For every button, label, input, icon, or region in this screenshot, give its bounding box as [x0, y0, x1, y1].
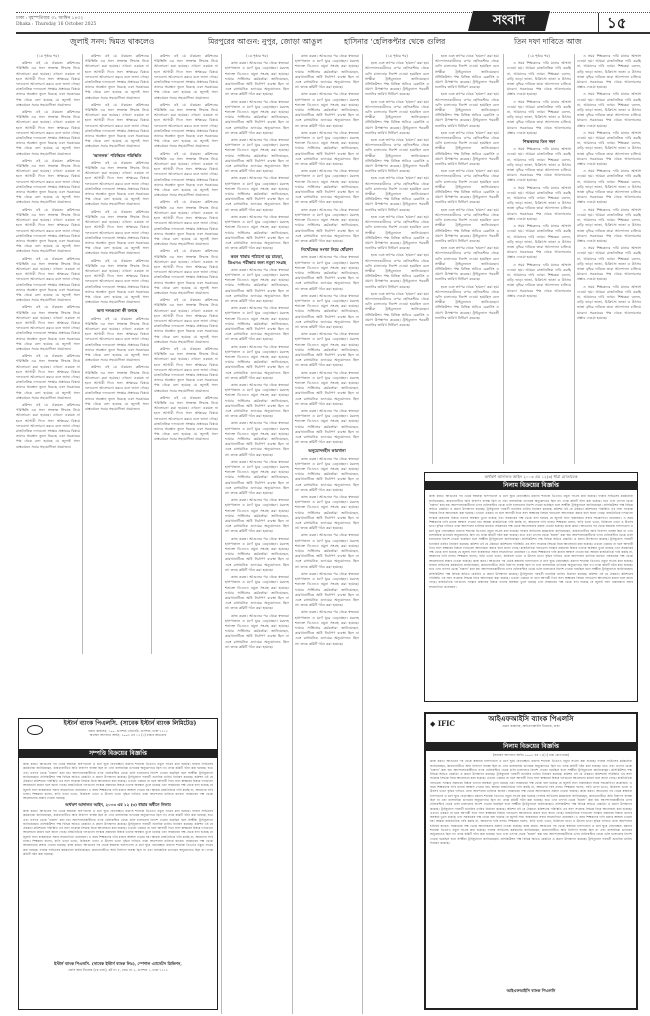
headline-july-charter[interactable]: জুলাই সনদ: দ্বিমত থাকলেও: [70, 37, 154, 49]
dateline: ঢাকা : বৃহস্পতিবার ৩১ আশ্বিন ১৪৩২ Dhaka …: [16, 16, 96, 28]
ific-title: নিলাম বিক্রয়ের বিজ্ঞপ্তি: [426, 742, 636, 751]
column-divider: [221, 54, 222, 1014]
subhead: শিক্ষকদের তিন দফা: [507, 139, 571, 144]
headline-hasina-helicopter[interactable]: হাসিনার ‘হেলিকপ্টার থেকে গুলির: [344, 37, 445, 49]
newspaper-logo: সংবাদ: [468, 11, 550, 31]
article-hasina-col1: (১ম পৃষ্ঠার পর) হতে এবং তৎপর থেকে ‘হামলা…: [365, 54, 429, 464]
headline-teachers-demand[interactable]: তিন দফা দাবিতে আজ: [514, 37, 582, 49]
article-mirpur-col1: (১ম পৃষ্ঠার পর) কাজ করত। আগুনের পর থেকে …: [225, 54, 289, 1014]
column-divider: [82, 54, 83, 654]
column-divider: [151, 54, 152, 654]
article-teachers-col1: (১ম পৃষ্ঠার পর) এ সময় শিক্ষকদের দাবি মা…: [507, 54, 571, 464]
subhead: অনুমোদনহীন কারখানা: [295, 448, 359, 453]
eastern-bank-title: সম্পত্তি বিক্রয়ের বিজ্ঞপ্তি: [19, 749, 217, 758]
article-hasina-col2: হতে এবং তৎপর থেকে ‘হামলা’ করা হয়। আন্দো…: [435, 54, 499, 464]
headline-mirpur-fire[interactable]: মিরপুরের আগুন: নুপুর, জোড়া আঙুল: [208, 37, 322, 49]
subhead: কমন খাবার পাঠানো হয় চামড়া, ডিএনএ পরীক্…: [225, 254, 289, 264]
page-number: ১৫: [598, 13, 626, 33]
article-mirpur-col2: কাজ করত। আগুনের পর থেকে স্বজনরা হাসপাতাল…: [295, 54, 359, 1014]
ific-logo: ◆ IFIC: [430, 722, 455, 726]
masthead: ঢাকা : বৃহস্পতিবার ৩১ আশ্বিন ১৪৩২ Dhaka …: [16, 12, 650, 34]
article-july-charter-col3: কমিশন এই যে ঐকমত্য কমিশনের পরিস্থিতি এর …: [154, 54, 218, 654]
subhead: নিখোঁজের সংখ্যা নিয়ে ধোঁয়াশা: [295, 247, 359, 252]
date-english: Dhaka : Thursday 16 October 2025: [16, 22, 96, 28]
headline-row: জুলাই সনদ: দ্বিমত থাকলেও মিরপুরের আগুন: …: [16, 37, 650, 51]
eastern-bank-ad: ইস্টার্ন ব্যাংক পিএলসি. (সাবেক ইস্টার্ন …: [18, 718, 218, 1010]
article-teachers-col2: এ সময় শিক্ষকদের দাবি মানার আশ্বাস দেওয়…: [577, 54, 641, 464]
column-divider: [362, 54, 363, 1014]
auction-notice-title: নিলাম বিক্রয়ের বিজ্ঞপ্তি: [425, 481, 637, 490]
ific-bank-ad: ◆ IFIC আইএফআইসি ব্যাংক পিএলসি প্রধান কার…: [424, 712, 638, 1010]
column-divider: [574, 54, 575, 464]
eastern-bank-logo-icon: [27, 725, 43, 735]
subhead: অন্য দলগুলো কী বলছে: [85, 308, 149, 313]
article-july-charter-col2: কমিশন এই যে ঐকমত্য কমিশনের পরিস্থিতি এর …: [85, 54, 149, 654]
column-divider: [292, 54, 293, 1014]
subhead: ‘আনলক’ পরিস্থিতে পরিস্থিতি: [85, 153, 149, 158]
article-july-charter-col1: (১ম পৃষ্ঠার পর) কমিশন এই যে ঐকমত্য কমিশন…: [16, 54, 80, 654]
column-divider: [432, 54, 433, 464]
column-divider: [503, 54, 504, 464]
auction-notice-ad: অর্থঋণ আদালত আইন ২০০৩ এর ১২(৩) ধারা মোতা…: [424, 472, 638, 702]
